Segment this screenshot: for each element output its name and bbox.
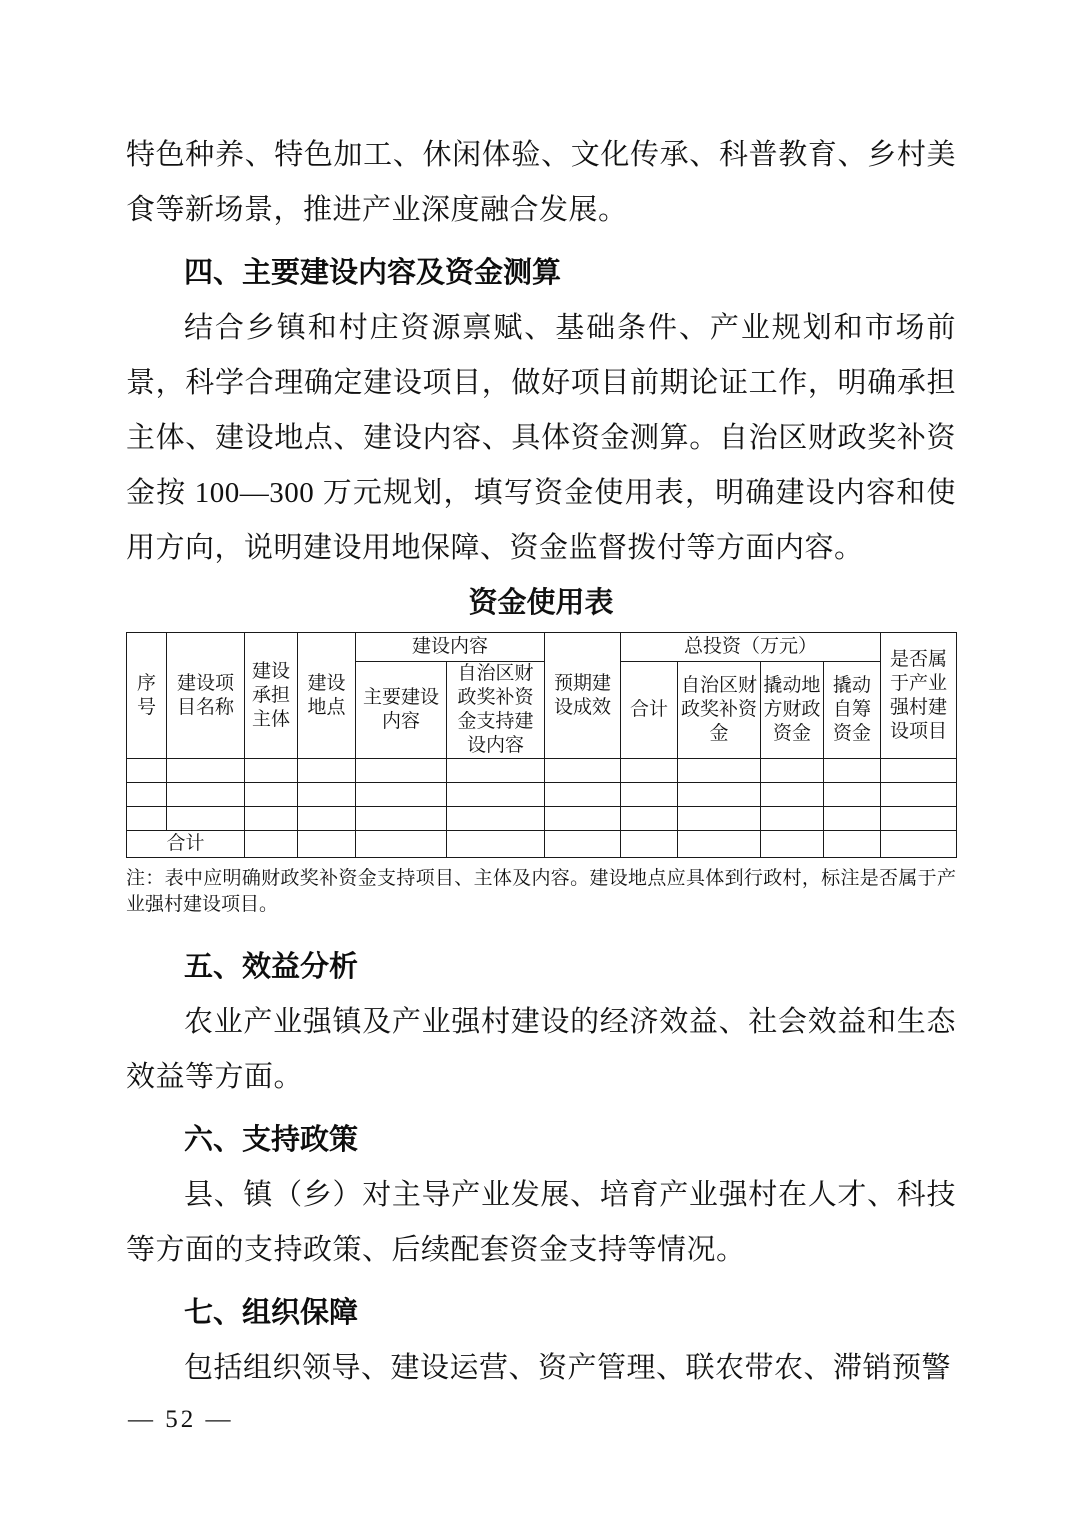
fund-table-title: 资金使用表 [126,578,956,628]
header-group-investment: 总投资（万元） [621,633,881,662]
header-cell-self-fund: 撬动自筹资金 [824,662,881,759]
section-5-paragraph: 农业产业强镇及产业强村建设的经济效益、社会效益和生态效益等方面。 [126,995,956,1105]
header-cell-expected-effect: 预期建设成效 [545,633,621,759]
section-4-paragraph: 结合乡镇和村庄资源禀赋、基础条件、产业规划和市场前景，科学合理确定建设项目，做好… [126,301,956,576]
fund-usage-table: 序号 建设项目名称 建设承担主体 建设地点 建设内容 预期建设成效 总投资（万元… [126,632,957,858]
header-cell-is-strong-village: 是否属于产业强村建设项目 [881,633,957,759]
section-7-paragraph: 包括组织领导、建设运营、资产管理、联农带农、滞销预警 [126,1341,956,1396]
header-cell-local-fund: 撬动地方财政资金 [761,662,824,759]
page-number: — 52 — [128,1406,234,1434]
section-6-paragraph: 县、镇（乡）对主导产业发展、培育产业强村在人才、科技等方面的支持政策、后续配套资… [126,1168,956,1278]
section-5-heading: 五、效益分析 [126,940,956,995]
document-content: 特色种养、特色加工、休闲体验、文化传承、科普教育、乡村美食等新场景，推进产业深度… [126,128,956,1396]
paragraph-continuation: 特色种养、特色加工、休闲体验、文化传承、科普教育、乡村美食等新场景，推进产业深度… [126,128,956,238]
table-header-row-1: 序号 建设项目名称 建设承担主体 建设地点 建设内容 预期建设成效 总投资（万元… [127,633,957,662]
header-group-content: 建设内容 [356,633,545,662]
section-4-heading: 四、主要建设内容及资金测算 [126,246,956,301]
section-6-heading: 六、支持政策 [126,1113,956,1168]
table-note: 注：表中应明确财政奖补资金支持项目、主体及内容。建设地点应具体到行政村，标注是否… [126,866,956,918]
header-cell-total: 合计 [621,662,678,759]
header-cell-main-content: 主要建设内容 [356,662,447,759]
header-cell-subsidy-content: 自治区财政奖补资金支持建设内容 [447,662,545,759]
header-cell-undertaker: 建设承担主体 [245,633,298,759]
header-cell-xuhao: 序号 [127,633,167,759]
table-row-empty [127,759,957,783]
document-page: 特色种养、特色加工、休闲体验、文化传承、科普教育、乡村美食等新场景，推进产业深度… [0,0,1074,1520]
header-cell-project-name: 建设项目名称 [167,633,245,759]
table-row-empty [127,783,957,807]
header-cell-location: 建设地点 [298,633,356,759]
table-row-total: 合计 [127,831,957,858]
header-cell-subsidy-fund: 自治区财政奖补资金 [678,662,761,759]
section-7-heading: 七、组织保障 [126,1286,956,1341]
table-row-empty [127,807,957,831]
total-row-label: 合计 [127,831,245,858]
